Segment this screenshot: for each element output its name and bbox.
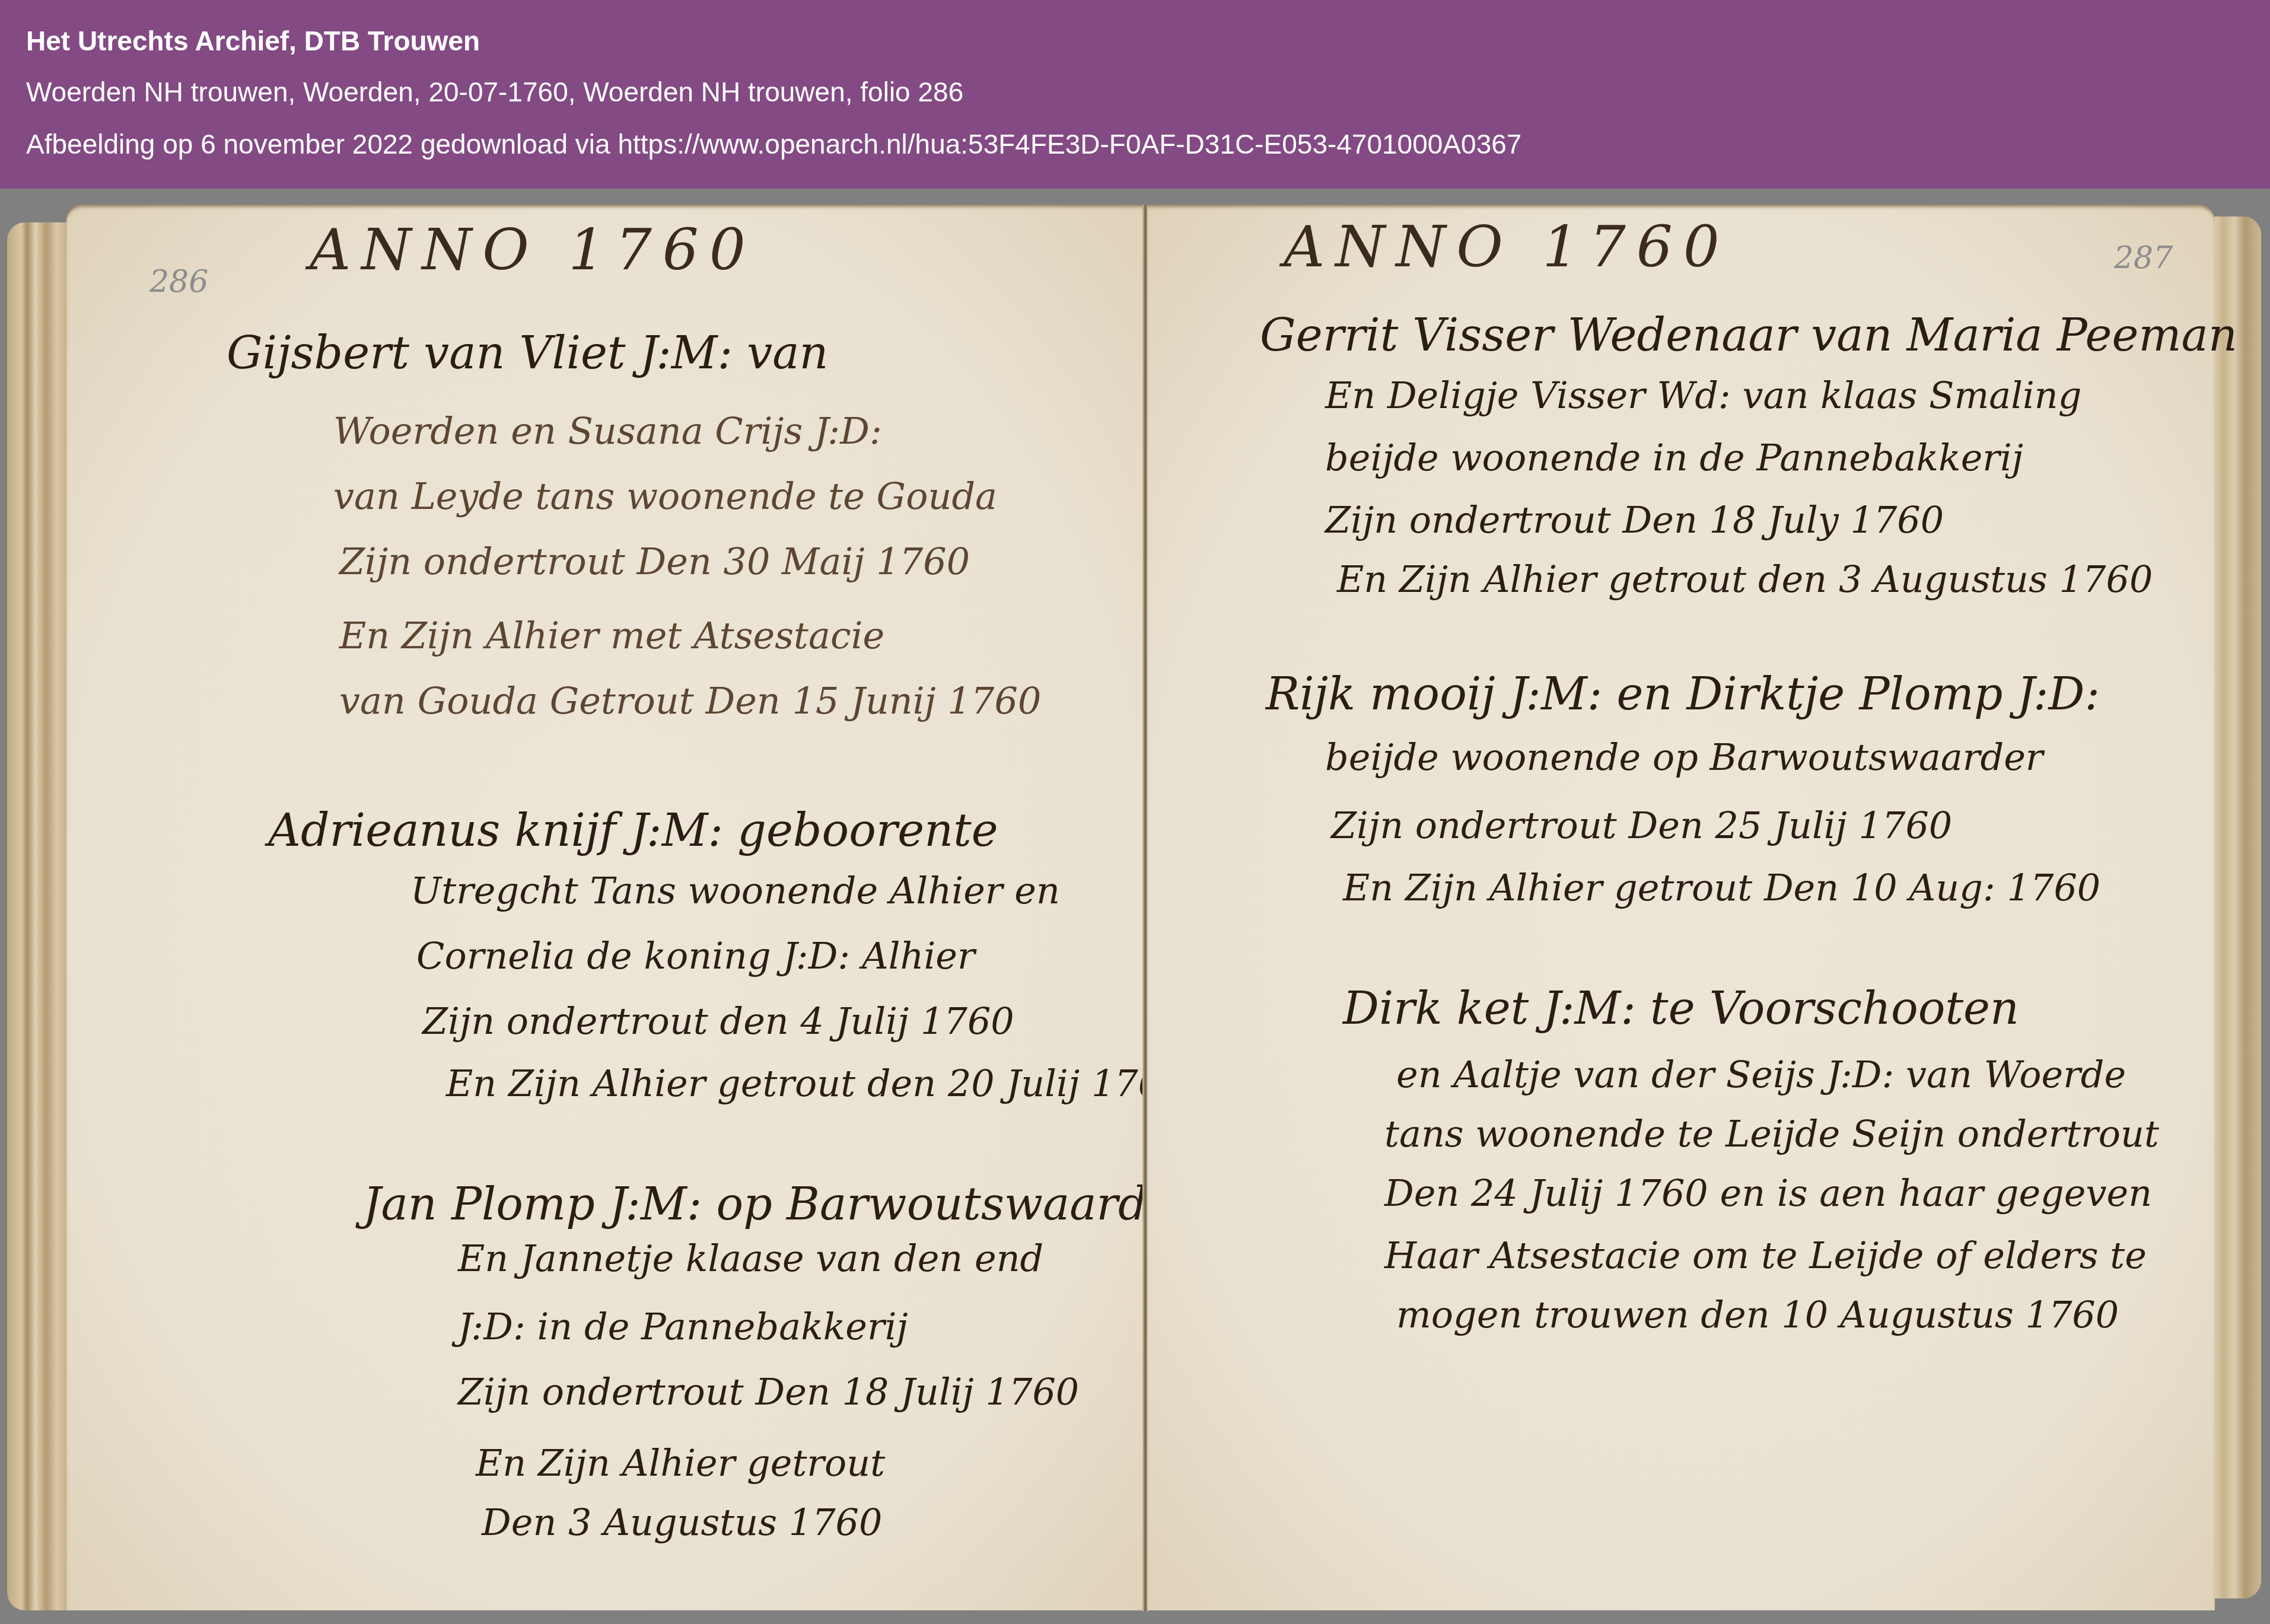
entry-line: beijde woonende op Barwoutswaarder: [1325, 735, 2043, 779]
year-heading-right: ANNO 1760: [1284, 214, 1730, 280]
year-heading-left: ANNO 1760: [310, 216, 756, 283]
entry-line: J:D: in de Pannebakkerij: [458, 1305, 908, 1348]
entry-line: Den 24 Julij 1760 en is aen haar gegeven: [1384, 1171, 2152, 1215]
entry-line: En Zijn Alhier getrout den 3 Augustus 17…: [1337, 558, 2153, 601]
entry-line: beijde woonende in de Pannebakkerij: [1325, 436, 2023, 479]
folio-number-left: 286: [149, 264, 208, 300]
entry-line: Zijn ondertrout Den 18 Julij 1760: [458, 1370, 1079, 1413]
entry-line: Haar Atsestacie om te Leijde of elders t…: [1384, 1234, 2147, 1277]
entry-line: Adrieanus knijf J:M: geboorente: [268, 804, 998, 856]
record-description: Woerden NH trouwen, Woerden, 20-07-1760,…: [26, 76, 963, 108]
entry-line: En Deligje Visser Wd: van klaas Smaling: [1325, 374, 2081, 417]
entry-line: En Zijn Alhier getrout Den 10 Aug: 1760: [1343, 866, 2100, 909]
entry-line: Utregcht Tans woonende Alhier en: [410, 869, 1060, 912]
archive-caption-banner: Het Utrechts Archief, DTB Trouwen Woerde…: [0, 0, 2270, 189]
entry-line: en Aaltje van der Seijs J:D: van Woerde: [1396, 1053, 2126, 1096]
entry-line: Zijn ondertrout den 4 Julij 1760: [422, 999, 1014, 1043]
entry-line: En Zijn Alhier getrout den 20 Julij 1760: [446, 1062, 1185, 1105]
entry-line: Gerrit Visser Wedenaar van Maria Peeman: [1260, 308, 2237, 361]
open-register-book: 286 ANNO 1760 Gijsbert van Vliet J:M: va…: [7, 205, 2261, 1613]
entry-line: Dirk ket J:M: te Voorschooten: [1343, 982, 2019, 1034]
entry-line: Jan Plomp J:M: op Barwoutswaard: [363, 1177, 1147, 1230]
archive-title: Het Utrechts Archief, DTB Trouwen: [26, 25, 480, 57]
entry-line: Den 3 Augustus 1760: [482, 1501, 883, 1544]
page-stack-right: [2208, 216, 2261, 1598]
entry-line: En Jannetje klaase van den end: [458, 1237, 1043, 1280]
entry-line: Woerden en Susana Crijs J:D:: [333, 409, 882, 453]
download-source: Afbeelding op 6 november 2022 gedownload…: [26, 128, 1521, 160]
entry-line: van Gouda Getrout Den 15 Junij 1760: [339, 679, 1041, 722]
folio-number-right: 287: [2114, 240, 2173, 276]
entry-line: Rijk mooij J:M: en Dirktje Plomp J:D:: [1266, 667, 2100, 720]
entry-line: Gijsbert van Vliet J:M: van: [227, 326, 829, 379]
left-page: 286 ANNO 1760 Gijsbert van Vliet J:M: va…: [66, 205, 1146, 1610]
entry-line: En Zijn Alhier met Atsestacie: [339, 614, 884, 657]
right-page: 287 ANNO 1760 Gerrit Visser Wedenaar van…: [1147, 205, 2215, 1610]
entry-line: van Leyde tans woonende te Gouda: [333, 475, 997, 518]
entry-line: Cornelia de koning J:D: Alhier: [416, 934, 975, 977]
entry-line: tans woonende te Leijde Seijn ondertrout: [1384, 1112, 2159, 1155]
entry-line: mogen trouwen den 10 Augustus 1760: [1396, 1293, 2119, 1336]
entry-line: Zijn ondertrout Den 25 Julij 1760: [1331, 804, 1952, 847]
entry-line: Zijn ondertrout Den 30 Maij 1760: [339, 540, 970, 583]
entry-line: En Zijn Alhier getrout: [476, 1441, 885, 1485]
entry-line: Zijn ondertrout Den 18 July 1760: [1325, 498, 1944, 542]
